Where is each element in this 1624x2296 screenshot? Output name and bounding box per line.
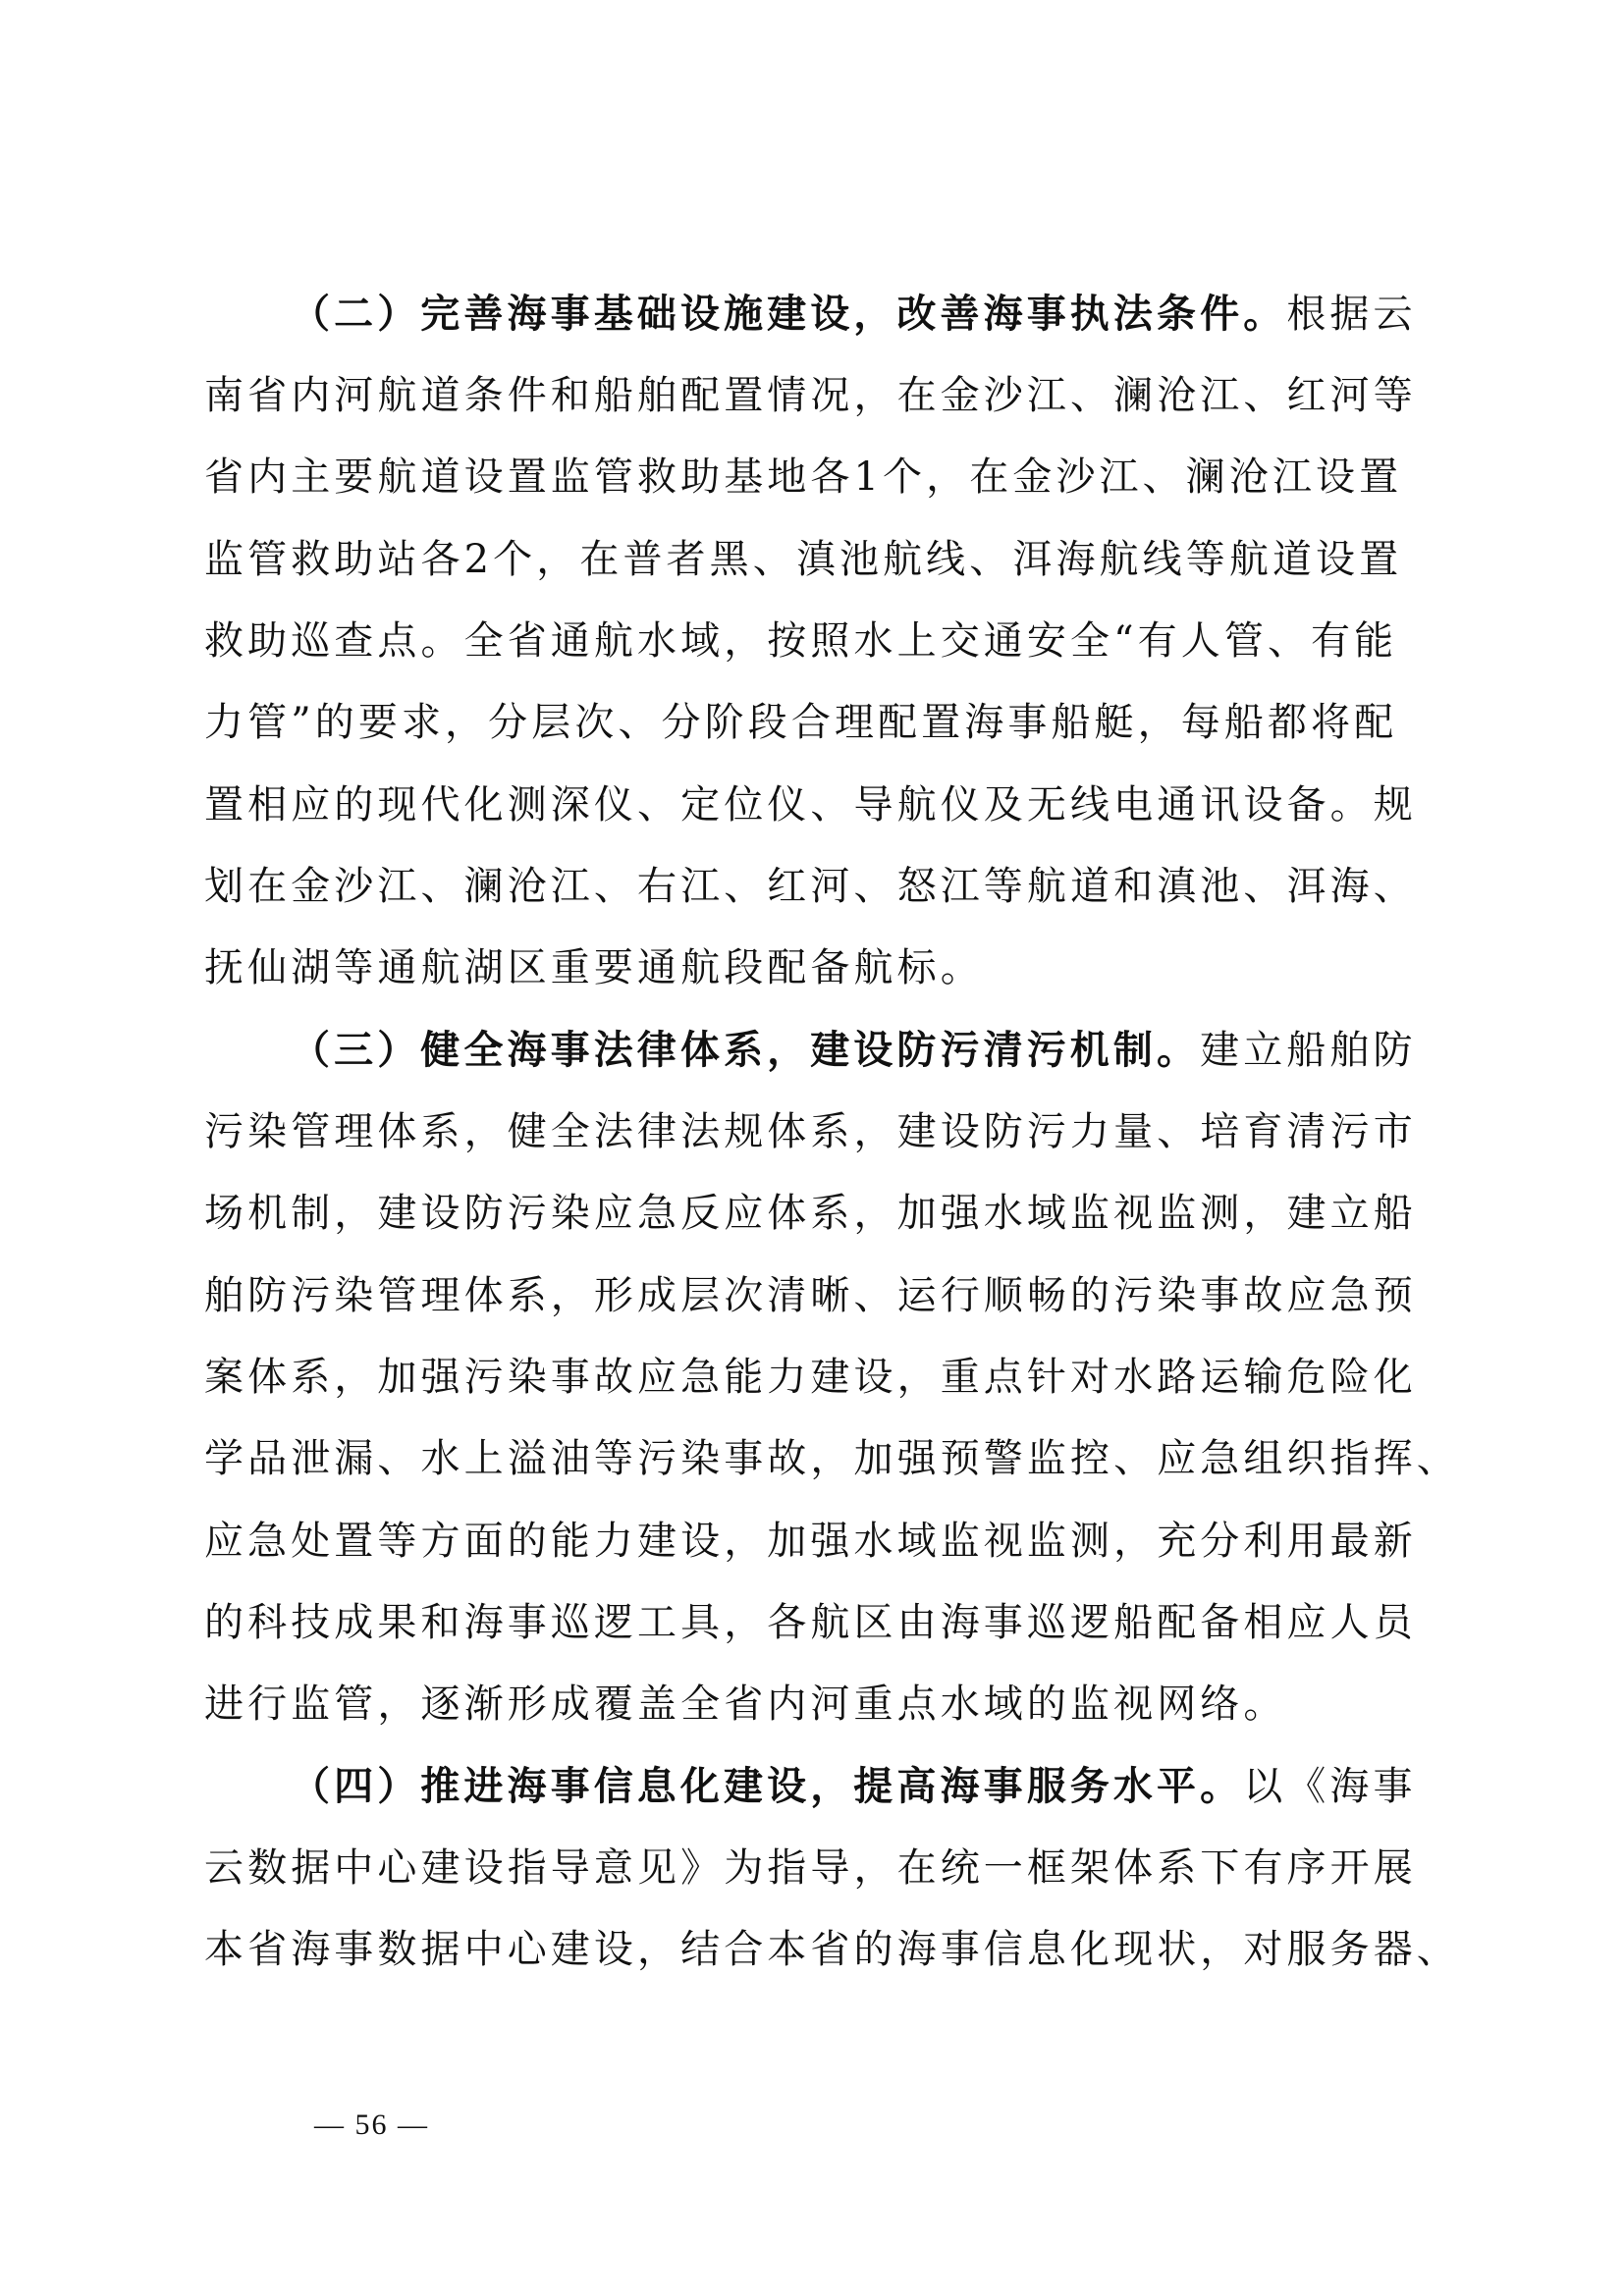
paragraph-text: 监管救助站各2个，在普者黑、滇池航线、洱海航线等航道设置	[204, 537, 1402, 582]
paragraph-text: 南省内河航道条件和船舶配置情况，在金沙江、澜沧江、红河等	[204, 373, 1417, 418]
paragraph-line: 省内主要航道设置监管救助基地各1个，在金沙江、澜沧江设置	[204, 448, 1402, 507]
document-page: （二）完善海事基础设施建设，改善海事执法条件。根据云 南省内河航道条件和船舶配置…	[0, 0, 1624, 2296]
page-number: — 56 —	[314, 2104, 429, 2147]
paragraph-line: 应急处置等方面的能力建设，加强水域监视监测，充分利用最新	[204, 1512, 1417, 1571]
paragraph-line: 案体系，加强污染事故应急能力建设，重点针对水路运输危险化	[204, 1348, 1417, 1407]
paragraph-text: 污染管理体系，健全法律法规体系，建设防污力量、培育清污市	[204, 1109, 1417, 1154]
paragraph-text: 抚仙湖等通航湖区重要通航段配备航标。	[204, 945, 984, 990]
paragraph-text: 划在金沙江、澜沧江、右江、红河、怒江等航道和滇池、洱海、	[204, 864, 1417, 909]
paragraph-text: 本省海事数据中心建设，结合本省的海事信息化现状，对服务器、	[204, 1927, 1460, 1972]
paragraph-text: 应急处置等方面的能力建设，加强水域监视监测，充分利用最新	[204, 1519, 1417, 1564]
paragraph-text: 根据云	[1286, 292, 1416, 337]
paragraph-line: 力管”的要求，分层次、分阶段合理配置海事船艇，每船都将配	[204, 693, 1397, 752]
paragraph-text: 的科技成果和海事巡逻工具，各航区由海事巡逻船配备相应人员	[204, 1600, 1417, 1645]
paragraph-text: 置相应的现代化测深仪、定位仪、导航仪及无线电通讯设备。规	[204, 782, 1417, 828]
paragraph-text: 学品泄漏、水上溢油等污染事故，加强预警监控、应急组织指挥、	[204, 1436, 1460, 1481]
paragraph-line: 监管救助站各2个，在普者黑、滇池航线、洱海航线等航道设置	[204, 530, 1402, 589]
paragraph-line: 污染管理体系，健全法律法规体系，建设防污力量、培育清污市	[204, 1102, 1417, 1161]
paragraph-line: 的科技成果和海事巡逻工具，各航区由海事巡逻船配备相应人员	[204, 1593, 1417, 1652]
paragraph-line: 南省内河航道条件和船舶配置情况，在金沙江、澜沧江、红河等	[204, 366, 1417, 425]
paragraph-text: 场机制，建设防污染应急反应体系，加强水域监视监测，建立船	[204, 1191, 1417, 1236]
paragraph-line: 场机制，建设防污染应急反应体系，加强水域监视监测，建立船	[204, 1184, 1417, 1243]
paragraph-line: 救助巡查点。全省通航水域，按照水上交通安全“有人管、有能	[204, 612, 1397, 670]
section-heading: （四）推进海事信息化建设，提高海事服务水平。	[291, 1763, 1243, 1809]
paragraph-text: 舶防污染管理体系，形成层次清晰、运行顺畅的污染事故应急预	[204, 1273, 1417, 1318]
section-heading: （二）完善海事基础设施建设，改善海事执法条件。	[291, 291, 1286, 337]
paragraph-text: 案体系，加强污染事故应急能力建设，重点针对水路运输危险化	[204, 1355, 1417, 1400]
paragraph-line: 划在金沙江、澜沧江、右江、红河、怒江等航道和滇池、洱海、	[204, 857, 1417, 916]
paragraph-line: 云数据中心建设指导意见》为指导，在统一框架体系下有序开展	[204, 1839, 1417, 1897]
paragraph-line: 学品泄漏、水上溢油等污染事故，加强预警监控、应急组织指挥、	[204, 1429, 1460, 1488]
paragraph-line: 抚仙湖等通航湖区重要通航段配备航标。	[204, 938, 984, 997]
paragraph-text: 以《海事	[1243, 1764, 1416, 1809]
paragraph-line: 舶防污染管理体系，形成层次清晰、运行顺畅的污染事故应急预	[204, 1266, 1417, 1325]
paragraph-text: 力管”的要求，分层次、分阶段合理配置海事船艇，每船都将配	[204, 700, 1397, 745]
paragraph-line: （三）健全海事法律体系，建设防污清污机制。建立船舶防	[204, 1021, 1417, 1080]
paragraph-text: 云数据中心建设指导意见》为指导，在统一框架体系下有序开展	[204, 1845, 1417, 1891]
paragraph-line: （四）推进海事信息化建设，提高海事服务水平。以《海事	[204, 1757, 1417, 1816]
paragraph-line: （二）完善海事基础设施建设，改善海事执法条件。根据云	[204, 285, 1417, 344]
paragraph-text: 建立船舶防	[1200, 1028, 1417, 1073]
section-heading: （三）健全海事法律体系，建设防污清污机制。	[291, 1027, 1200, 1073]
paragraph-line: 置相应的现代化测深仪、定位仪、导航仪及无线电通讯设备。规	[204, 775, 1417, 834]
paragraph-line: 进行监管，逐渐形成覆盖全省内河重点水域的监视网络。	[204, 1675, 1287, 1734]
paragraph-line: 本省海事数据中心建设，结合本省的海事信息化现状，对服务器、	[204, 1920, 1460, 1979]
paragraph-text: 省内主要航道设置监管救助基地各1个，在金沙江、澜沧江设置	[204, 454, 1402, 500]
paragraph-text: 进行监管，逐渐形成覆盖全省内河重点水域的监视网络。	[204, 1682, 1287, 1727]
paragraph-text: 救助巡查点。全省通航水域，按照水上交通安全“有人管、有能	[204, 618, 1397, 664]
